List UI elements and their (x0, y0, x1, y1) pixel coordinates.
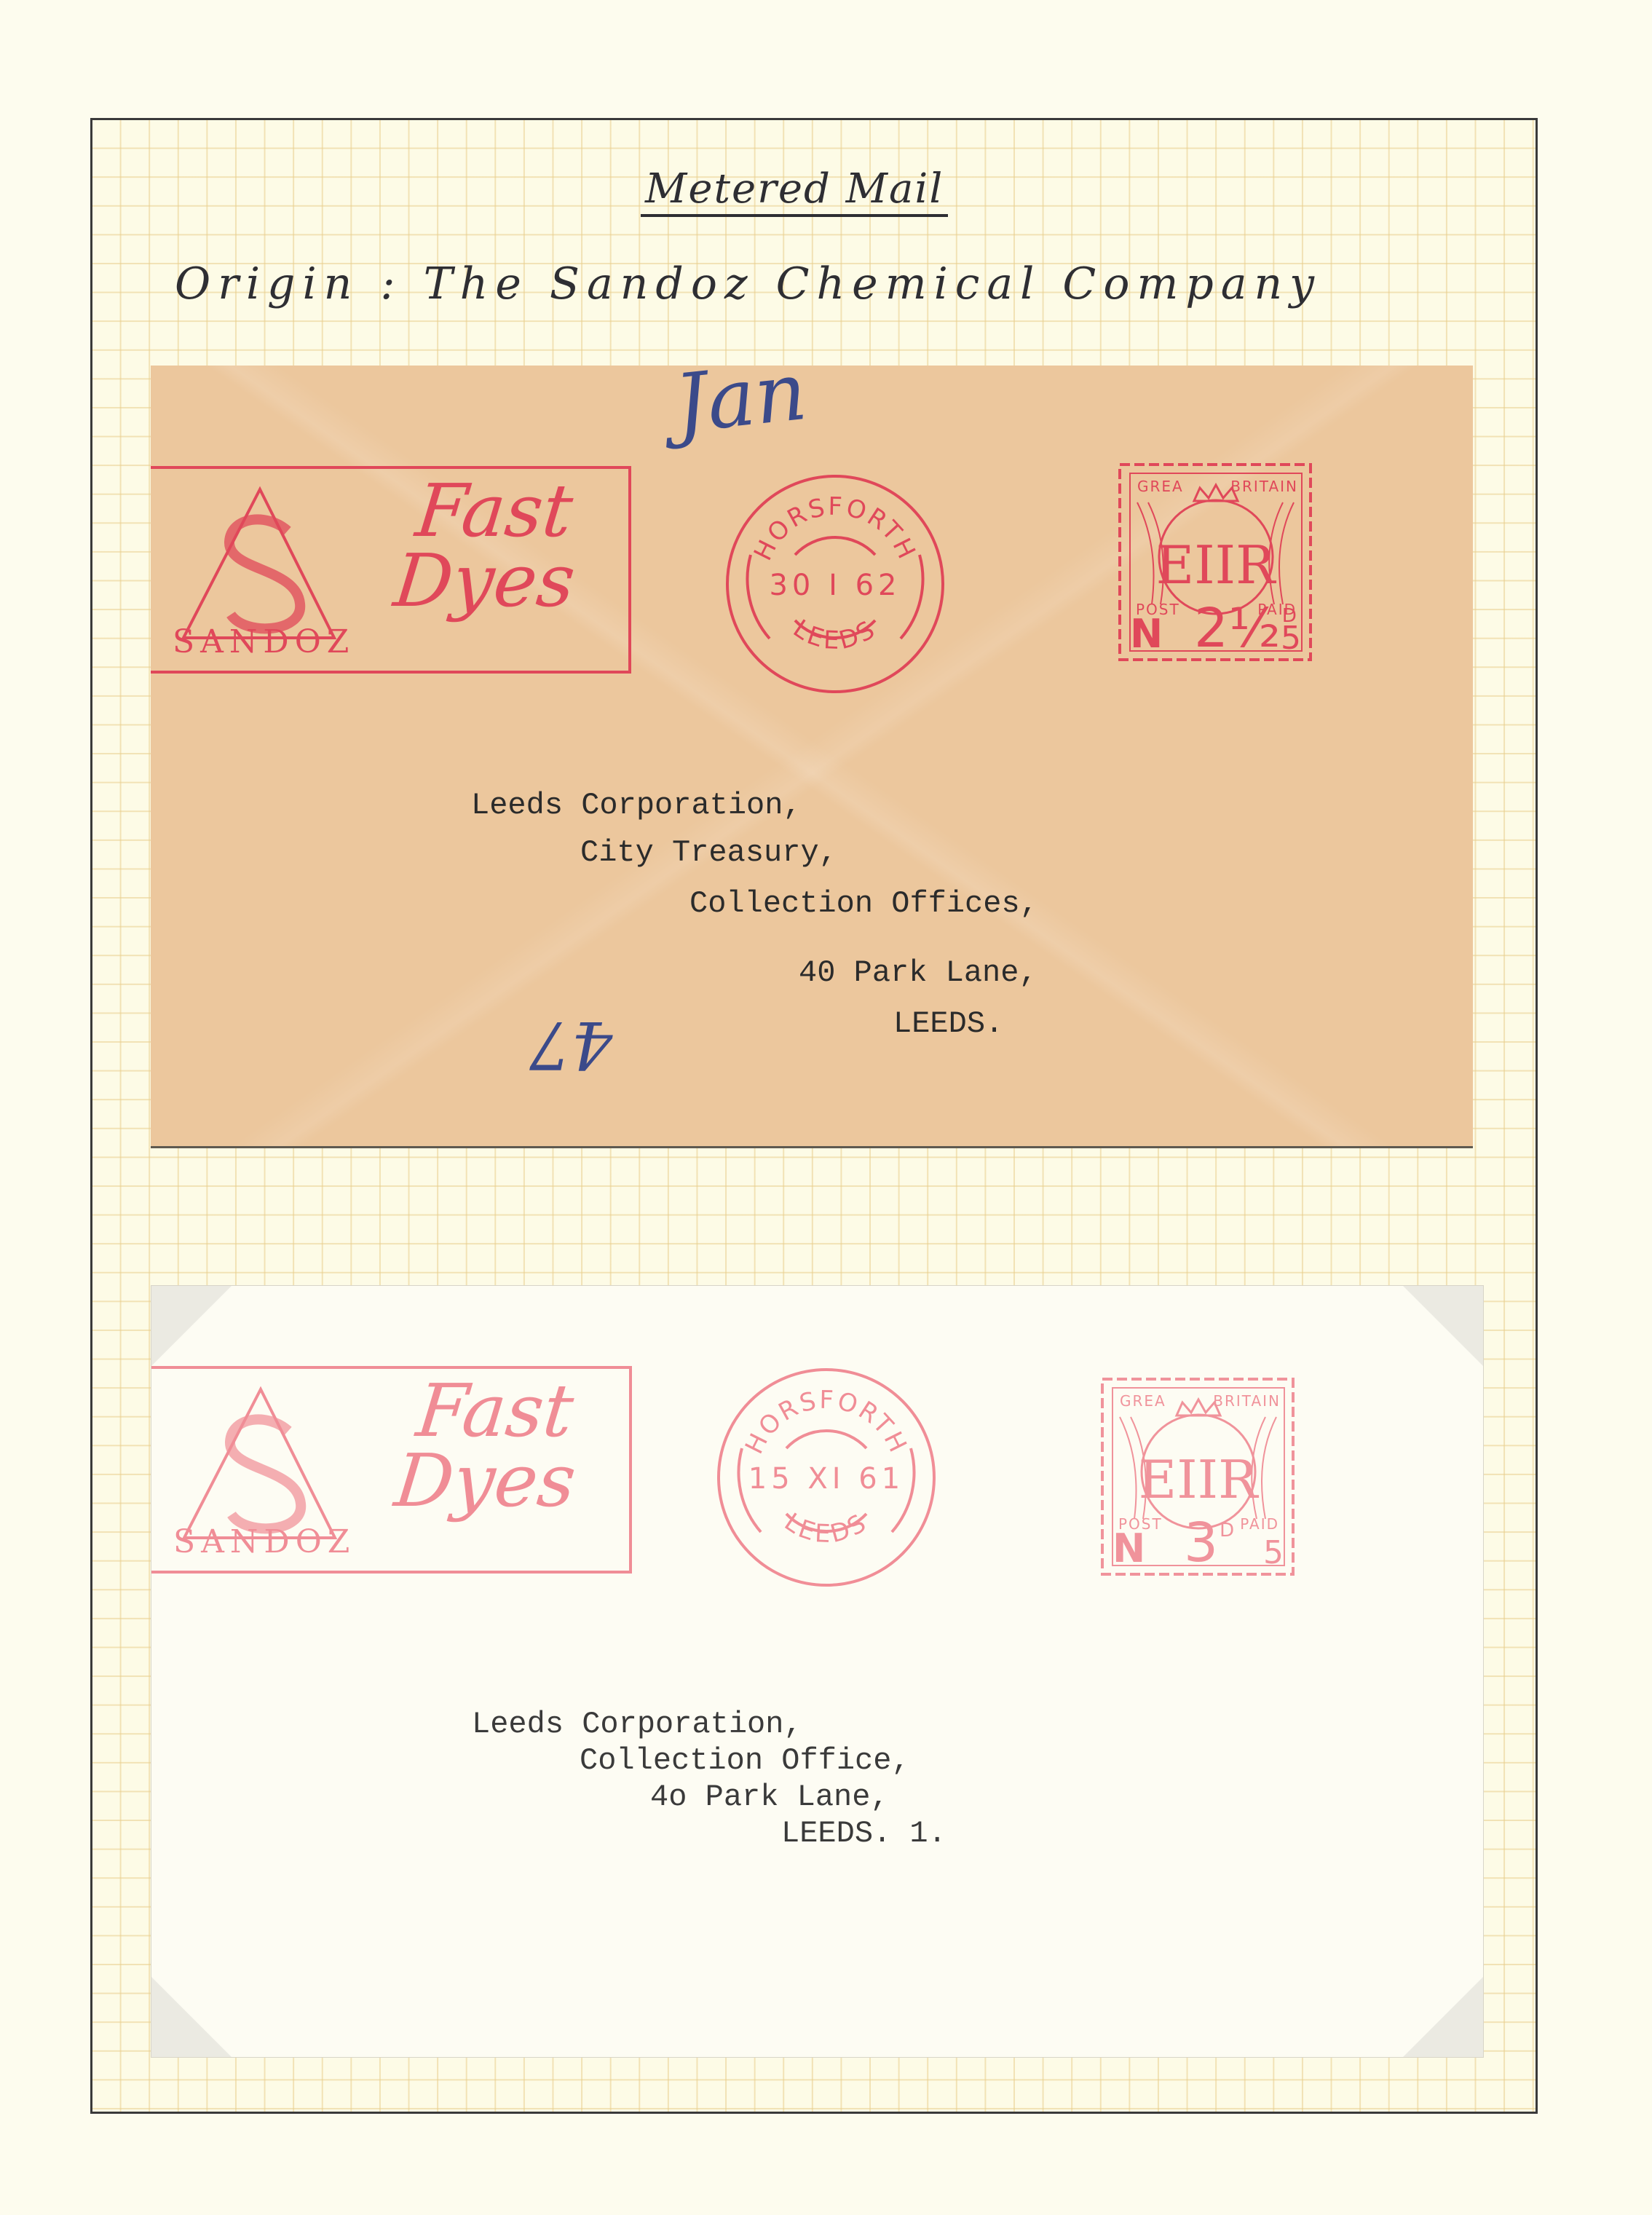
address-line-3: Collection Offices, (689, 886, 1038, 921)
horsforth-datestamp: HORSFORTH LEEDS 30 I 62 (726, 475, 944, 693)
address-line-4: 40 Park Lane, (799, 955, 1038, 990)
pencil-annotation-bottom: 47 (529, 1006, 613, 1083)
pencil-annotation-top: Jan (671, 344, 811, 451)
svg-text:HORSFORTH: HORSFORTH (740, 1386, 913, 1458)
slogan-line-2: Dyes (391, 546, 578, 616)
svg-text:LEEDS: LEEDS (788, 614, 882, 655)
meter-prefix: N (1130, 611, 1163, 657)
photo-corner-mount (1403, 1286, 1483, 1366)
franking-meter-stamp: GREA BRITAIN EIIR POST PAID N 2½D 5 (1108, 451, 1323, 670)
sandoz-brand-text: SANDOZ (173, 1523, 355, 1560)
address-line-1: Leeds Corporation, (471, 788, 802, 823)
slogan-line-1: Fast (413, 476, 585, 546)
svg-text:HORSFORTH: HORSFORTH (748, 492, 922, 565)
meter-country-left: GREA (1120, 1392, 1166, 1410)
address-line-5: LEEDS. (893, 1006, 1003, 1041)
cover-2-envelope[interactable]: SANDOZ Fast Dyes HORSFORTH LEEDS 15 XI 6… (151, 1285, 1484, 2058)
slogan-fast-dyes: Fast Dyes (406, 1376, 586, 1516)
cover-1-envelope[interactable]: SANDOZ Fast Dyes Jan HORSFORTH LEEDS 30 … (151, 366, 1473, 1148)
meter-number: 5 (1263, 1534, 1284, 1571)
page-title: Metered Mail (641, 169, 948, 217)
meter-number: 5 (1281, 620, 1301, 657)
royal-cypher: EIIR (1091, 1453, 1305, 1506)
meter-paid-label: PAID (1240, 1515, 1279, 1533)
meter-prefix: N (1112, 1525, 1145, 1571)
meter-country-left: GREA (1137, 478, 1184, 495)
meter-value: 3D (1184, 1512, 1234, 1574)
slogan-fast-dyes: Fast Dyes (406, 476, 585, 616)
franking-meter-stamp: GREA BRITAIN EIIR POST PAID N 3D 5 (1091, 1366, 1305, 1584)
address-line-2: Collection Office, (580, 1743, 910, 1778)
address-line-3: 4o Park Lane, (650, 1780, 889, 1815)
slogan-line-1: Fast (414, 1376, 586, 1446)
photo-corner-mount (1403, 1977, 1483, 2057)
page-subtitle: Origin : The Sandoz Chemical Company (175, 258, 1321, 309)
address-line-2: City Treasury, (580, 835, 837, 870)
svg-text:LEEDS: LEEDS (779, 1507, 874, 1549)
royal-cypher: EIIR (1108, 539, 1323, 591)
sandoz-slogan-die: SANDOZ Fast Dyes (151, 466, 631, 674)
address-line-1: Leeds Corporation, (472, 1707, 802, 1742)
slogan-line-2: Dyes (392, 1446, 579, 1516)
photo-corner-mount (151, 1286, 232, 1366)
sandoz-slogan-die: SANDOZ Fast Dyes (151, 1366, 632, 1574)
address-line-4: LEEDS. 1. (781, 1816, 946, 1851)
sandoz-brand-text: SANDOZ (173, 623, 355, 660)
photo-corner-mount (151, 1977, 232, 2057)
meter-country-right: BRITAIN (1230, 478, 1298, 495)
postmark-date: 15 XI 61 (720, 1462, 933, 1496)
postmark-date: 30 I 62 (729, 569, 941, 602)
horsforth-datestamp: HORSFORTH LEEDS 15 XI 61 (717, 1368, 936, 1587)
meter-country-right: BRITAIN (1213, 1392, 1281, 1410)
